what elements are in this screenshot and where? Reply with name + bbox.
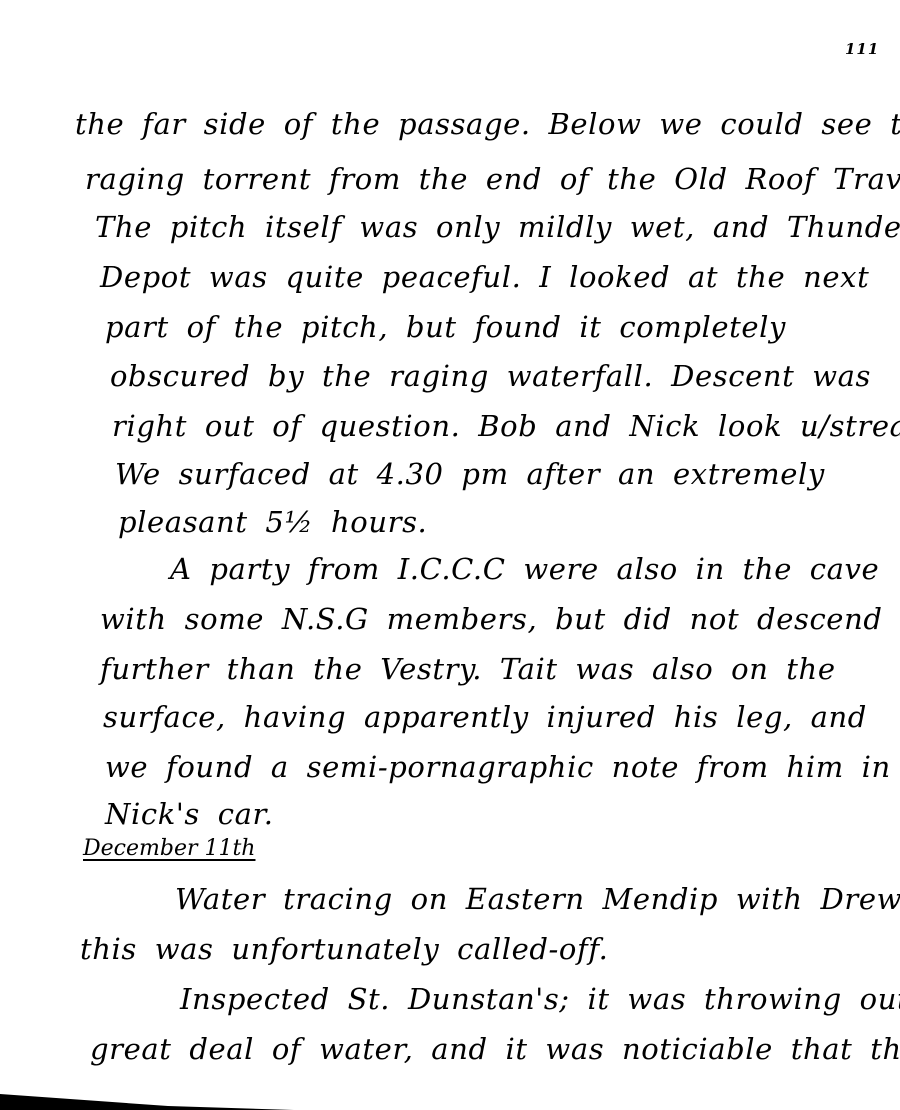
scan-edge-shadow [0,1094,420,1110]
text-line: Inspected St. Dunstan's; it was throwing… [180,985,900,1014]
text-line: part of the pitch, but found it complete… [105,313,786,342]
text-line: raging torrent from the end of the Old R… [85,165,900,194]
page-number: 111 [845,40,879,58]
text-line: The pitch itself was only mildly wet, an… [95,213,900,242]
text-line: further than the Vestry. Tait was also o… [100,655,836,684]
handwritten-journal-page: 111 the far side of the passage. Below w… [0,0,900,1110]
text-line: this was unfortunately called-off. [80,935,608,964]
date-heading: December 11th [83,838,255,860]
text-line: pleasant 5½ hours. [118,508,427,537]
text-line: We surfaced at 4.30 pm after an extremel… [115,460,825,489]
text-line: we found a semi-pornagraphic note from h… [105,753,891,782]
text-line: Nick's car. [105,800,274,829]
text-line: obscured by the raging waterfall. Descen… [110,362,871,391]
text-line: the far side of the passage. Below we co… [75,110,900,139]
text-line: Depot was quite peaceful. I looked at th… [100,263,869,292]
text-line: right out of question. Bob and Nick look… [112,412,900,441]
text-line: with some N.S.G members, but did not des… [100,605,883,634]
text-line: Water tracing on Eastern Mendip with Dre… [175,885,900,914]
text-line: great deal of water, and it was noticiab… [90,1035,900,1064]
text-line: surface, having apparently injured his l… [103,703,867,732]
text-line: A party from I.C.C.C were also in the ca… [170,555,879,584]
